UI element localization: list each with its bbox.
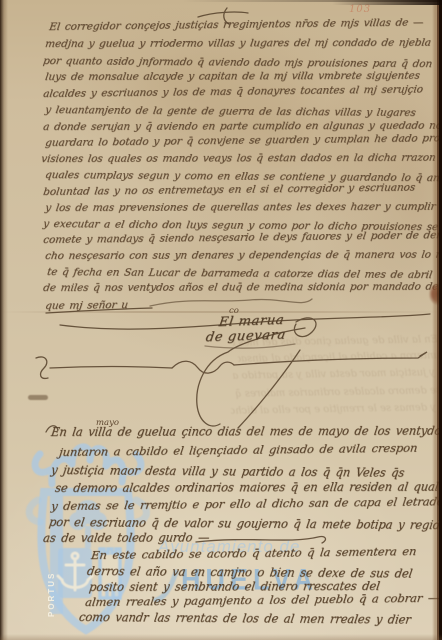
- manuscript-page: PORTUS Ayuntamiento de HUELVA En la vill…: [0, 0, 442, 640]
- cross-mark-icon: [198, 8, 248, 24]
- ink-blot: [429, 283, 442, 305]
- rubric-flourish: [0, 0, 442, 640]
- handwriting-layer: 103 El corregidor conçejos justiçias rre…: [0, 0, 442, 640]
- folio-number: 103: [349, 4, 371, 15]
